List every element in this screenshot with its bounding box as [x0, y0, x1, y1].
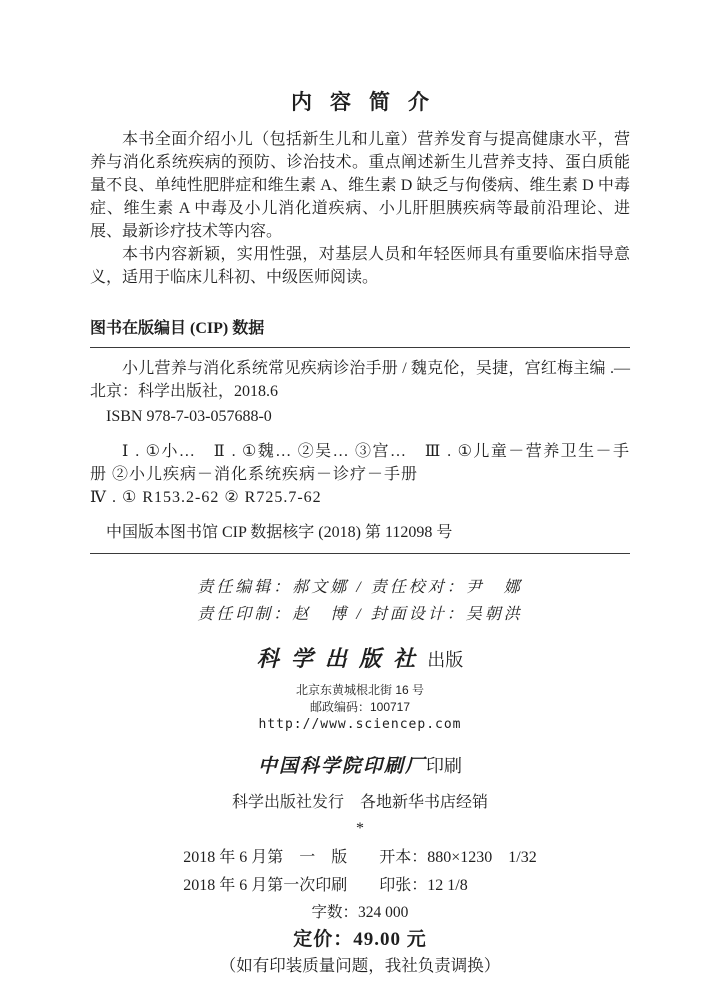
- credits-line-printing: 责任印制：赵 博 / 封面设计：吴朝洪: [90, 601, 630, 628]
- cip-record-number: 中国版本图书馆 CIP 数据核字 (2018) 第 112098 号: [90, 521, 630, 544]
- copyright-page: 内容简介 本书全面介绍小儿（包括新生儿和儿童）营养发育与提高健康水平，营养与消化…: [0, 0, 720, 979]
- intro-paragraph-1: 本书全面介绍小儿（包括新生儿和儿童）营养发育与提高健康水平，营养与消化系统疾病的…: [90, 128, 630, 243]
- intro-paragraph-2: 本书内容新颖，实用性强，对基层人员和年轻医师具有重要临床指导意义，适用于临床儿科…: [90, 243, 630, 289]
- publisher-website: http://www.sciencep.com: [90, 716, 630, 734]
- price: 定价：49.00 元: [90, 926, 630, 953]
- cip-bibliography: 小儿营养与消化系统常见疾病诊治手册 / 魏克伦，吴捷，宫红梅主编 .—北京：科学…: [90, 357, 630, 403]
- credits-line-editor: 责任编辑：郝文娜 / 责任校对：尹 娜: [90, 574, 630, 601]
- editorial-credits: 责任编辑：郝文娜 / 责任校对：尹 娜 责任印制：赵 博 / 封面设计：吴朝洪: [90, 574, 630, 628]
- word-count: 字数：324 000: [90, 900, 630, 926]
- separator-asterisk: *: [90, 820, 630, 838]
- edition-block: 2018 年 6 月第 一 版 开本：880×1230 1/32 2018 年 …: [90, 844, 630, 979]
- intro-title: 内容简介: [90, 90, 630, 114]
- publisher-postcode: 邮政编码：100717: [90, 699, 630, 716]
- printer-suffix: 印刷: [426, 756, 462, 776]
- edition-lines: 2018 年 6 月第 一 版 开本：880×1230 1/32 2018 年 …: [183, 844, 536, 900]
- cip-classification-line1: Ⅰ . ①小… Ⅱ . ①魏… ②吴… ③宫… Ⅲ . ①儿童－营养卫生－手册 …: [90, 440, 630, 486]
- distribution-line: 科学出版社发行 各地新华书店经销: [90, 792, 630, 814]
- publisher-logo-text: 科学出版社: [257, 646, 428, 671]
- publisher-address: 北京东黄城根北街 16 号: [90, 682, 630, 699]
- printer-row: 中国科学院印刷厂印刷: [90, 754, 630, 780]
- cip-divider-bottom: [90, 553, 630, 554]
- edition-line-first-edition: 2018 年 6 月第 一 版 开本：880×1230 1/32: [183, 844, 536, 872]
- exchange-note: （如有印装质量问题，我社负责调换）: [90, 953, 630, 979]
- edition-line-first-printing: 2018 年 6 月第一次印刷 印张：12 1/8: [183, 872, 536, 900]
- publisher-row: 科学出版社出版: [90, 646, 630, 675]
- isbn-number: ISBN 978-7-03-057688-0: [90, 405, 630, 428]
- cip-heading: 图书在版编目 (CIP) 数据: [90, 315, 630, 338]
- cip-classification-line2: Ⅳ . ① R153.2-62 ② R725.7-62: [90, 486, 630, 509]
- printer-logo-text: 中国科学院印刷厂: [258, 756, 426, 777]
- cip-divider-top: [90, 347, 630, 348]
- publisher-suffix: 出版: [427, 650, 463, 670]
